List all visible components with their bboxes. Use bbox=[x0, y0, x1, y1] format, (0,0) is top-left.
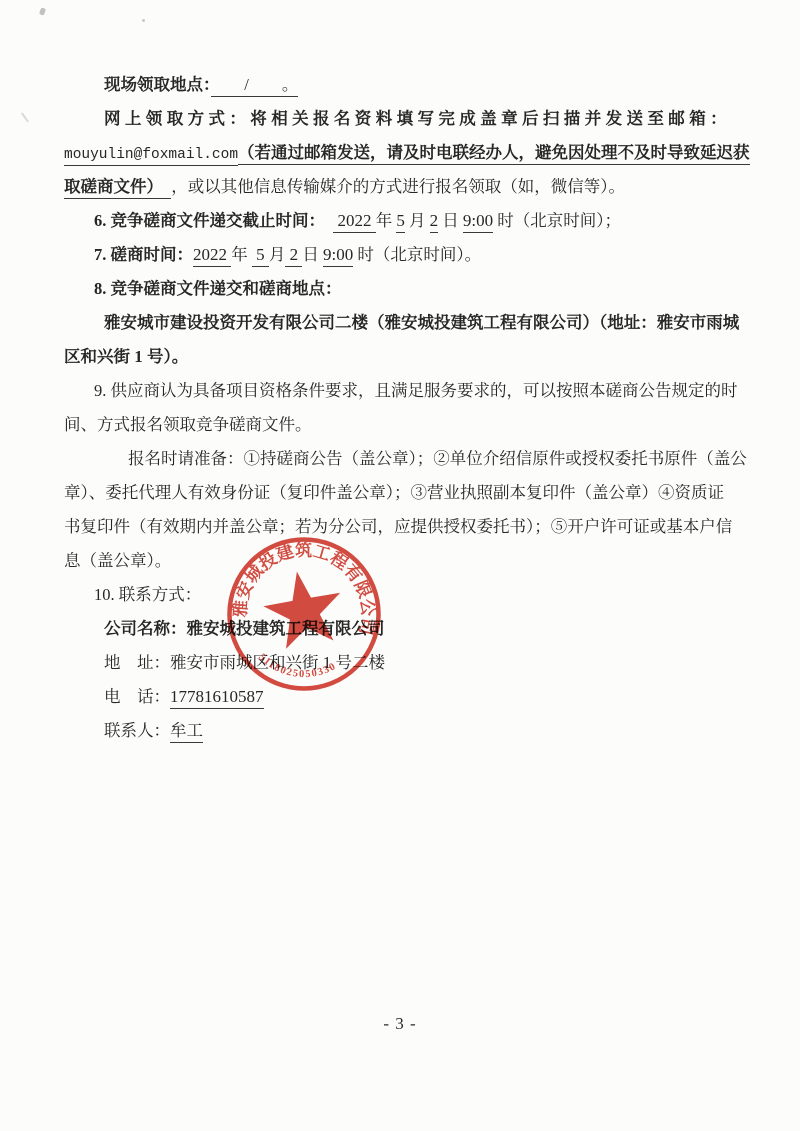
text-run: 时（北京时间）； bbox=[493, 211, 621, 230]
page-number: - 3 - bbox=[0, 1014, 800, 1034]
doc-line: 区和兴街 1 号）。 bbox=[64, 340, 740, 374]
text-run: 息（盖公章）。 bbox=[64, 551, 171, 570]
doc-line: 电 话：17781610587 bbox=[104, 680, 740, 714]
doc-line: 8. 竞争磋商文件递交和磋商地点： bbox=[94, 272, 740, 306]
company-seal: 雅安城投建筑工程有限公司 5118025050330 bbox=[219, 529, 389, 699]
doc-line: 公司名称：雅安城投建筑工程有限公司 bbox=[104, 612, 740, 646]
text-run bbox=[155, 177, 172, 199]
doc-line: 现场领取地点： / 。 bbox=[104, 68, 740, 102]
doc-line: 7. 磋商时间：2022 年 5 月 2 日 9:00 时（北京时间）。 bbox=[94, 238, 740, 272]
scan-artifact bbox=[21, 112, 29, 122]
item-9-text: 9. 供应商认为具备项目资格条件要求，且满足服务要求的，可以按照本磋商公告规定的… bbox=[94, 381, 738, 400]
doc-line: 间、方式报名领取竞争磋商文件。 bbox=[64, 408, 740, 442]
text-run: 时（北京时间）。 bbox=[353, 245, 481, 264]
email-text: mouyulin@foxmail.com bbox=[64, 147, 238, 166]
doc-line: 章）、委托代理人有效身份证（复印件盖公章）；③营业执照副本复印件（盖公章）④资质… bbox=[64, 476, 740, 510]
field-label-onsite-pickup: 现场领取地点： bbox=[104, 75, 211, 94]
text-run: 区和兴街 bbox=[64, 347, 130, 366]
text-run: 年 bbox=[376, 211, 397, 230]
consult-month: 5 bbox=[252, 245, 269, 267]
seal-star-icon bbox=[263, 572, 340, 649]
item-8-label: 8. 竞争磋商文件递交和磋商地点： bbox=[94, 279, 342, 298]
contact-person: 牟工 bbox=[170, 721, 203, 743]
text-run: 月 bbox=[269, 245, 286, 264]
signup-requirements: 报名时请准备：①持磋商公告（盖公章）；②单位介绍信原件或授权委托书原件（盖公 bbox=[128, 449, 747, 468]
doc-line: 地 址：雅安市雨城区和兴街 1 号二楼 bbox=[104, 646, 740, 680]
deadline-month: 5 bbox=[396, 211, 405, 233]
item-10-label: 10. 联系方式： bbox=[94, 585, 201, 604]
consult-day: 2 bbox=[285, 245, 302, 267]
item-6-label: 6. 竞争磋商文件递交截止时间： bbox=[94, 211, 317, 230]
consult-time: 9:00 bbox=[323, 245, 353, 267]
doc-line: 书复印件（有效期内并盖公章；若为分公司，应提供授权委托书）；⑤开户许可证或基本户… bbox=[64, 510, 740, 544]
doc-line: 取磋商文件） ，或以其他信息传输媒介的方式进行报名领取（如，微信等）。 bbox=[64, 170, 740, 204]
text-run: 书复印件（有效期内并盖公章；若为分公司，应提供授权委托书）；⑤开户许可证或基本户… bbox=[64, 517, 732, 536]
doc-line: 联系人：牟工 bbox=[104, 714, 740, 748]
text-run: 号）。 bbox=[147, 347, 188, 366]
text-run: 取磋商文件） bbox=[64, 177, 155, 199]
deadline-time: 9:00 bbox=[463, 211, 493, 233]
text-run: 1 bbox=[130, 347, 147, 366]
doc-line: 10. 联系方式： bbox=[94, 578, 740, 612]
doc-line: 雅安城市建设投资开发有限公司二楼（雅安城投建筑工程有限公司）（地址：雅安市雨城 bbox=[104, 306, 740, 340]
item-7-label: 7. 磋商时间： bbox=[94, 245, 193, 264]
doc-line: 报名时请准备：①持磋商公告（盖公章）；②单位介绍信原件或授权委托书原件（盖公 bbox=[128, 442, 740, 476]
doc-line: mouyulin@foxmail.com（若通过邮箱发送，请及时电联经办人，避免… bbox=[64, 136, 740, 170]
text-run: 年 bbox=[231, 245, 252, 264]
online-pickup-heading: 网上领取方式：将相关报名资料填写完成盖章后扫描并发送至邮箱： bbox=[104, 109, 731, 128]
doc-line: 9. 供应商认为具备项目资格条件要求，且满足服务要求的，可以按照本磋商公告规定的… bbox=[94, 374, 740, 408]
doc-line: 6. 竞争磋商文件递交截止时间： 2022 年 5 月 2 日 9:00 时（北… bbox=[94, 204, 740, 238]
text-run: 日 bbox=[438, 211, 463, 230]
text-run: ，或以其他信息传输媒介的方式进行报名领取（如，微信等）。 bbox=[171, 177, 625, 196]
consult-year: 2022 bbox=[193, 245, 231, 267]
venue-address: 雅安城市建设投资开发有限公司二楼（雅安城投建筑工程有限公司）（地址：雅安市雨城 bbox=[104, 313, 739, 332]
text-run: 日 bbox=[302, 245, 323, 264]
deadline-day: 2 bbox=[430, 211, 439, 233]
text-run: 电 话： bbox=[104, 687, 170, 706]
text-run: 间、方式报名领取竞争磋商文件。 bbox=[64, 415, 312, 434]
text-run: 月 bbox=[405, 211, 430, 230]
scan-artifact bbox=[142, 19, 145, 22]
scan-artifact bbox=[39, 7, 46, 15]
text-run: 章）、委托代理人有效身份证（复印件盖公章）；③营业执照副本复印件（盖公章）④资质… bbox=[64, 483, 724, 502]
text-run bbox=[317, 211, 334, 230]
doc-line: 息（盖公章）。 bbox=[64, 544, 740, 578]
text-run: （若通过邮箱发送，请及时电联经办人，避免因处理不及时导致延迟获 bbox=[238, 143, 750, 165]
doc-line: 网上领取方式：将相关报名资料填写完成盖章后扫描并发送至邮箱： bbox=[104, 102, 740, 136]
deadline-year: 2022 bbox=[333, 211, 376, 233]
blank-field: / 。 bbox=[211, 75, 298, 97]
scanned-document-page: { "page": { "number_label": "- 3 -" }, "… bbox=[0, 0, 800, 1131]
text-run: 联系人： bbox=[104, 721, 170, 740]
document-body: 现场领取地点： / 。网上领取方式：将相关报名资料填写完成盖章后扫描并发送至邮箱… bbox=[64, 68, 740, 748]
